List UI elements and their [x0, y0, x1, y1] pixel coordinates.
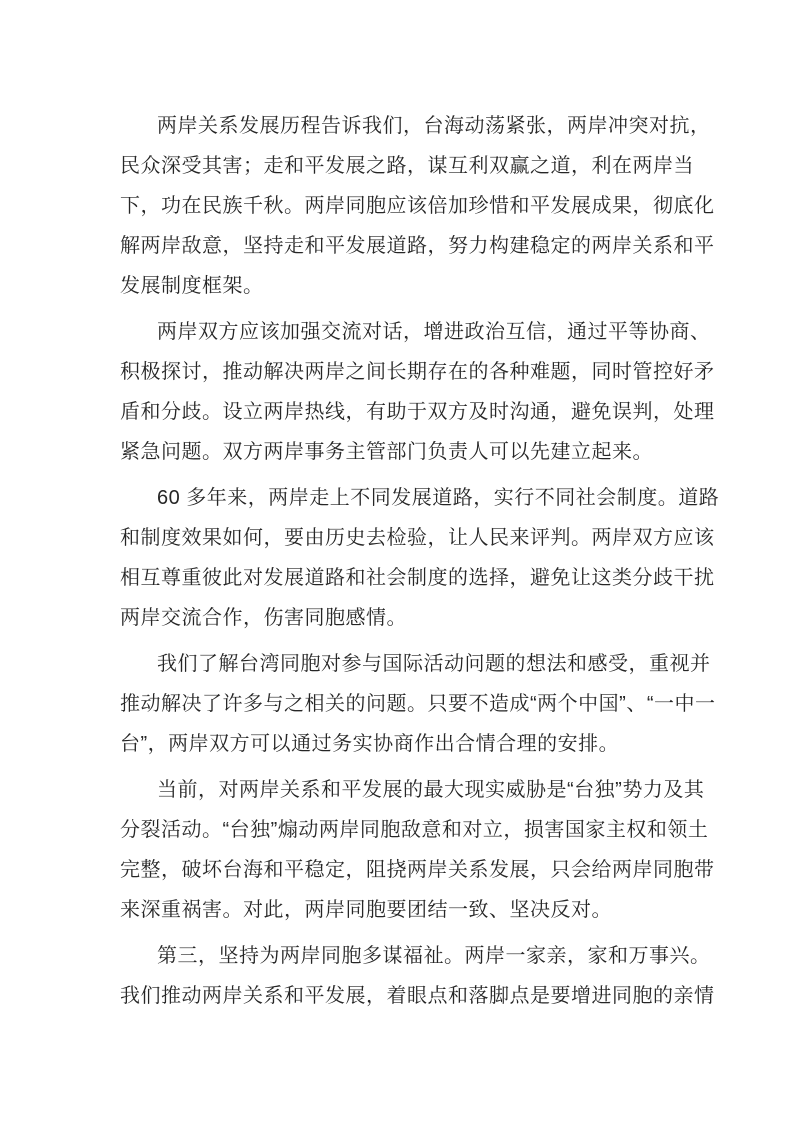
text-line: 下，功在民族千秋。两岸同胞应该倍加珍惜和平发展成果，彻底化	[120, 186, 710, 226]
paragraph: 两岸关系发展历程告诉我们，台海动荡紧张，两岸冲突对抗，民众深受其害；走和平发展之…	[120, 106, 710, 306]
text-line: 两岸关系发展历程告诉我们，台海动荡紧张，两岸冲突对抗，	[120, 106, 710, 146]
paragraph: 当前，对两岸关系和平发展的最大现实威胁是“台独”势力及其分裂活动。“台独”煽动两…	[120, 770, 710, 930]
text-line: 民众深受其害；走和平发展之路，谋互利双赢之道，利在两岸当	[120, 146, 710, 186]
text-line: 盾和分歧。设立两岸热线，有助于双方及时沟通，避免误判，处理	[120, 392, 710, 432]
paragraph: 两岸双方应该加强交流对话，增进政治互信，通过平等协商、积极探讨，推动解决两岸之间…	[120, 312, 710, 472]
paragraph: 60 多年来，两岸走上不同发展道路，实行不同社会制度。道路和制度效果如何，要由历…	[120, 478, 710, 638]
text-line: 两岸双方应该加强交流对话，增进政治互信，通过平等协商、	[120, 312, 710, 352]
text-line: 我们了解台湾同胞对参与国际活动问题的想法和感受，重视并	[120, 644, 710, 684]
text-line: 紧急问题。双方两岸事务主管部门负责人可以先建立起来。	[120, 432, 710, 472]
text-line: 两岸交流合作，伤害同胞感情。	[120, 598, 710, 638]
text-line: 积极探讨，推动解决两岸之间长期存在的各种难题，同时管控好矛	[120, 352, 710, 392]
text-line: 发展制度框架。	[120, 266, 710, 306]
text-line: 60 多年来，两岸走上不同发展道路，实行不同社会制度。道路	[120, 478, 710, 518]
text-line: 相互尊重彼此对发展道路和社会制度的选择，避免让这类分歧干扰	[120, 558, 710, 598]
text-line: 我们推动两岸关系和平发展，着眼点和落脚点是要增进同胞的亲情	[120, 976, 710, 1016]
text-line: 完整，破坏台海和平稳定，阻挠两岸关系发展，只会给两岸同胞带	[120, 850, 710, 890]
document-body: 两岸关系发展历程告诉我们，台海动荡紧张，两岸冲突对抗，民众深受其害；走和平发展之…	[0, 0, 800, 1022]
text-line: 第三，坚持为两岸同胞多谋福祉。两岸一家亲，家和万事兴。	[120, 936, 710, 976]
text-line: 推动解决了许多与之相关的问题。只要不造成“两个中国”、“一中一	[120, 684, 710, 724]
text-line: 当前，对两岸关系和平发展的最大现实威胁是“台独”势力及其	[120, 770, 710, 810]
text-line: 台”，两岸双方可以通过务实协商作出合情合理的安排。	[120, 724, 710, 764]
text-line: 解两岸敌意，坚持走和平发展道路，努力构建稳定的两岸关系和平	[120, 226, 710, 266]
text-line: 分裂活动。“台独”煽动两岸同胞敌意和对立，损害国家主权和领土	[120, 810, 710, 850]
paragraph: 我们了解台湾同胞对参与国际活动问题的想法和感受，重视并推动解决了许多与之相关的问…	[120, 644, 710, 764]
text-line: 和制度效果如何，要由历史去检验，让人民来评判。两岸双方应该	[120, 518, 710, 558]
text-line: 来深重祸害。对此，两岸同胞要团结一致、坚决反对。	[120, 890, 710, 930]
paragraph: 第三，坚持为两岸同胞多谋福祉。两岸一家亲，家和万事兴。我们推动两岸关系和平发展，…	[120, 936, 710, 1016]
document-page: 两岸关系发展历程告诉我们，台海动荡紧张，两岸冲突对抗，民众深受其害；走和平发展之…	[0, 0, 800, 1130]
